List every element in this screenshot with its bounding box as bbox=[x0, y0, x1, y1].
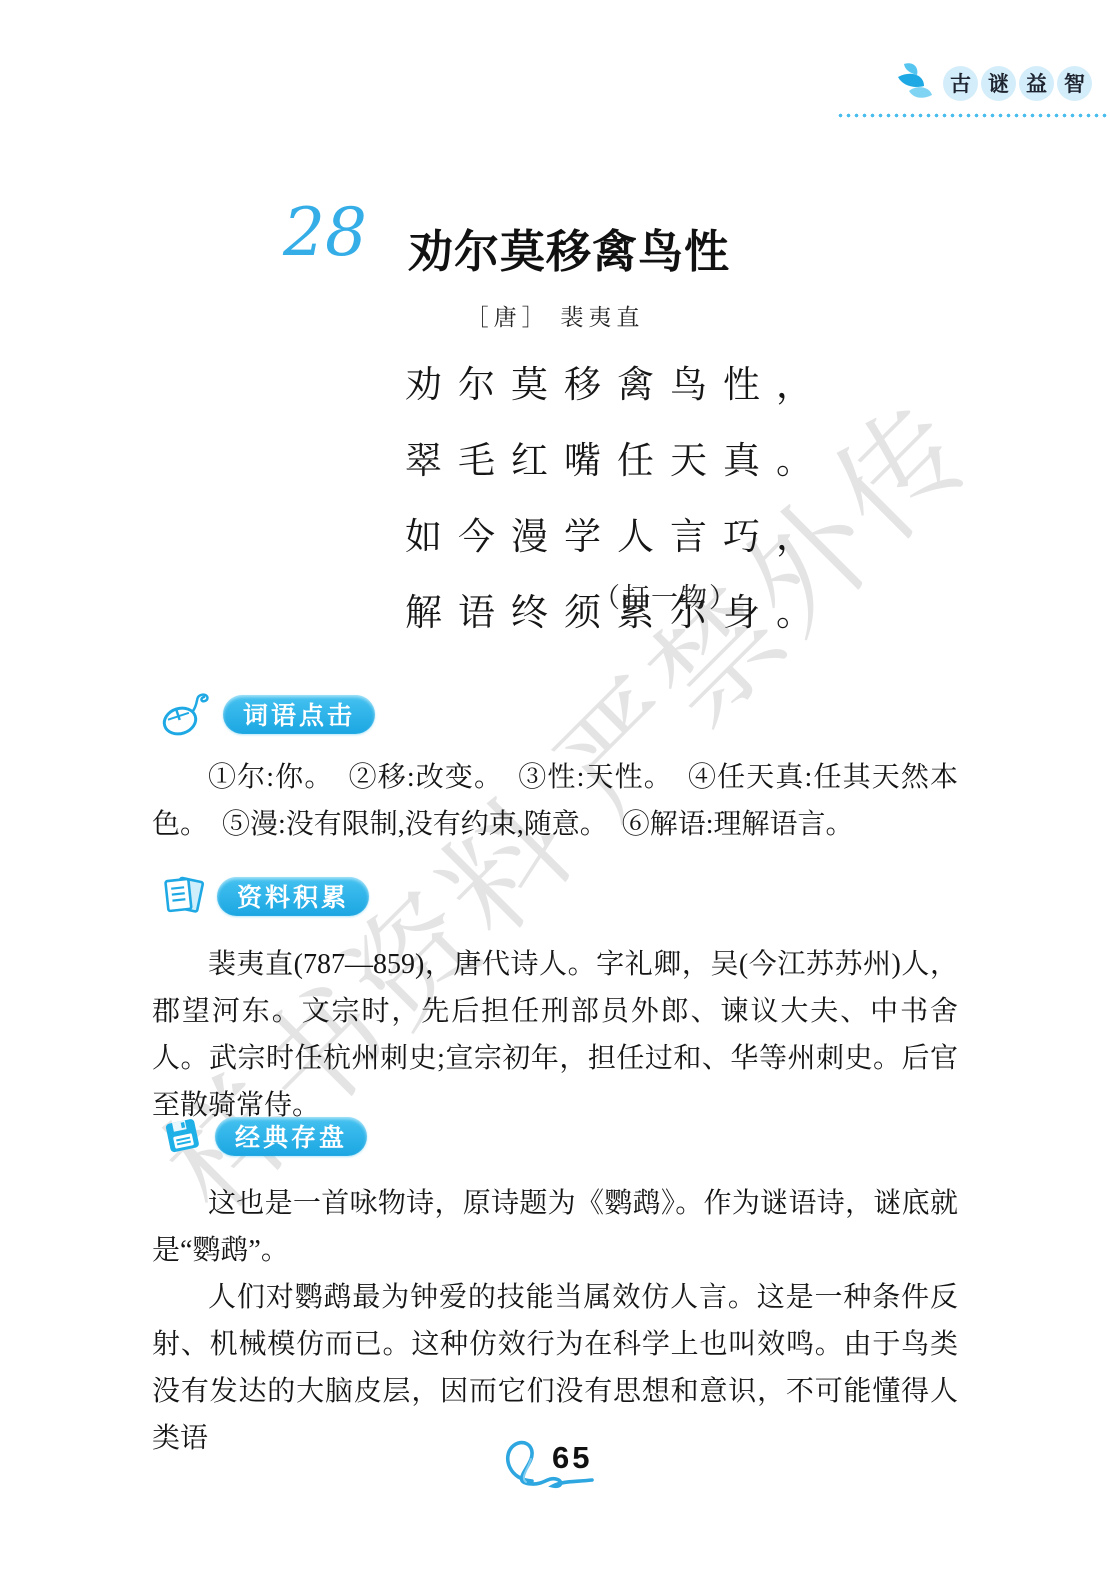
section-badge: 经典存盘 bbox=[215, 1117, 367, 1156]
page-title: 劝尔莫移禽鸟性 bbox=[408, 215, 730, 280]
brand-text: 古 谜 益 智 bbox=[943, 66, 1092, 101]
page-number: 65 bbox=[552, 1440, 592, 1476]
header-brand: 古 谜 益 智 bbox=[895, 60, 1092, 106]
section-header: 词语点击 bbox=[160, 691, 958, 737]
poem-line: 翠毛红嘴任天真。 bbox=[405, 424, 829, 500]
poem-line: 劝尔莫移禽鸟性， bbox=[405, 348, 829, 424]
section-word-notes: 词语点击 ①尔:你。 ②移:改变。 ③性:天性。 ④任天真:任其天然本色。 ⑤漫… bbox=[152, 691, 958, 848]
mouse-icon bbox=[160, 690, 214, 738]
section-reference: 资料积累 裴夷直(787—859)，唐代诗人。字礼卿，吴(今江苏苏州)人，郡望河… bbox=[152, 873, 958, 1129]
brand-char: 古 bbox=[943, 66, 978, 101]
section-badge: 资料积累 bbox=[217, 877, 369, 916]
poem-line: 如今漫学人言巧， bbox=[405, 500, 829, 576]
section-badge: 词语点击 bbox=[223, 695, 375, 734]
classic-text: 这也是一首咏物诗，原诗题为《鹦鹉》。作为谜语诗，谜底就是“鹦鹉”。 bbox=[152, 1180, 958, 1274]
section-header: 经典存盘 bbox=[160, 1113, 958, 1159]
floppy-disk-icon bbox=[160, 1112, 206, 1160]
brand-char: 益 bbox=[1019, 66, 1054, 101]
poem-author: ［唐］ 裴夷直 bbox=[0, 299, 1110, 332]
section-classic: 经典存盘 这也是一首咏物诗，原诗题为《鹦鹉》。作为谜语诗，谜底就是“鹦鹉”。 人… bbox=[152, 1113, 958, 1462]
section-header: 资料积累 bbox=[160, 873, 958, 919]
word-notes-text: ①尔:你。 ②移:改变。 ③性:天性。 ④任天真:任其天然本色。 ⑤漫:没有限制… bbox=[152, 754, 958, 848]
header-dotted-line bbox=[838, 113, 1110, 118]
documents-icon bbox=[160, 871, 208, 921]
chapter-number: 28 bbox=[283, 200, 367, 266]
page-footer: 65 bbox=[0, 1432, 1110, 1502]
brand-char: 谜 bbox=[981, 66, 1016, 101]
reference-text: 裴夷直(787—859)，唐代诗人。字礼卿，吴(今江苏苏州)人，郡望河东。文宗时… bbox=[152, 941, 958, 1129]
book-page: 样书资料 严禁外传 古 谜 益 智 28 劝尔莫移禽鸟性 ［唐］ 裴夷直 劝尔莫… bbox=[0, 0, 1110, 1571]
leaf-icon bbox=[895, 60, 937, 106]
brand-char: 智 bbox=[1057, 66, 1092, 101]
poem-riddle-hint: （打一物） bbox=[593, 576, 738, 615]
